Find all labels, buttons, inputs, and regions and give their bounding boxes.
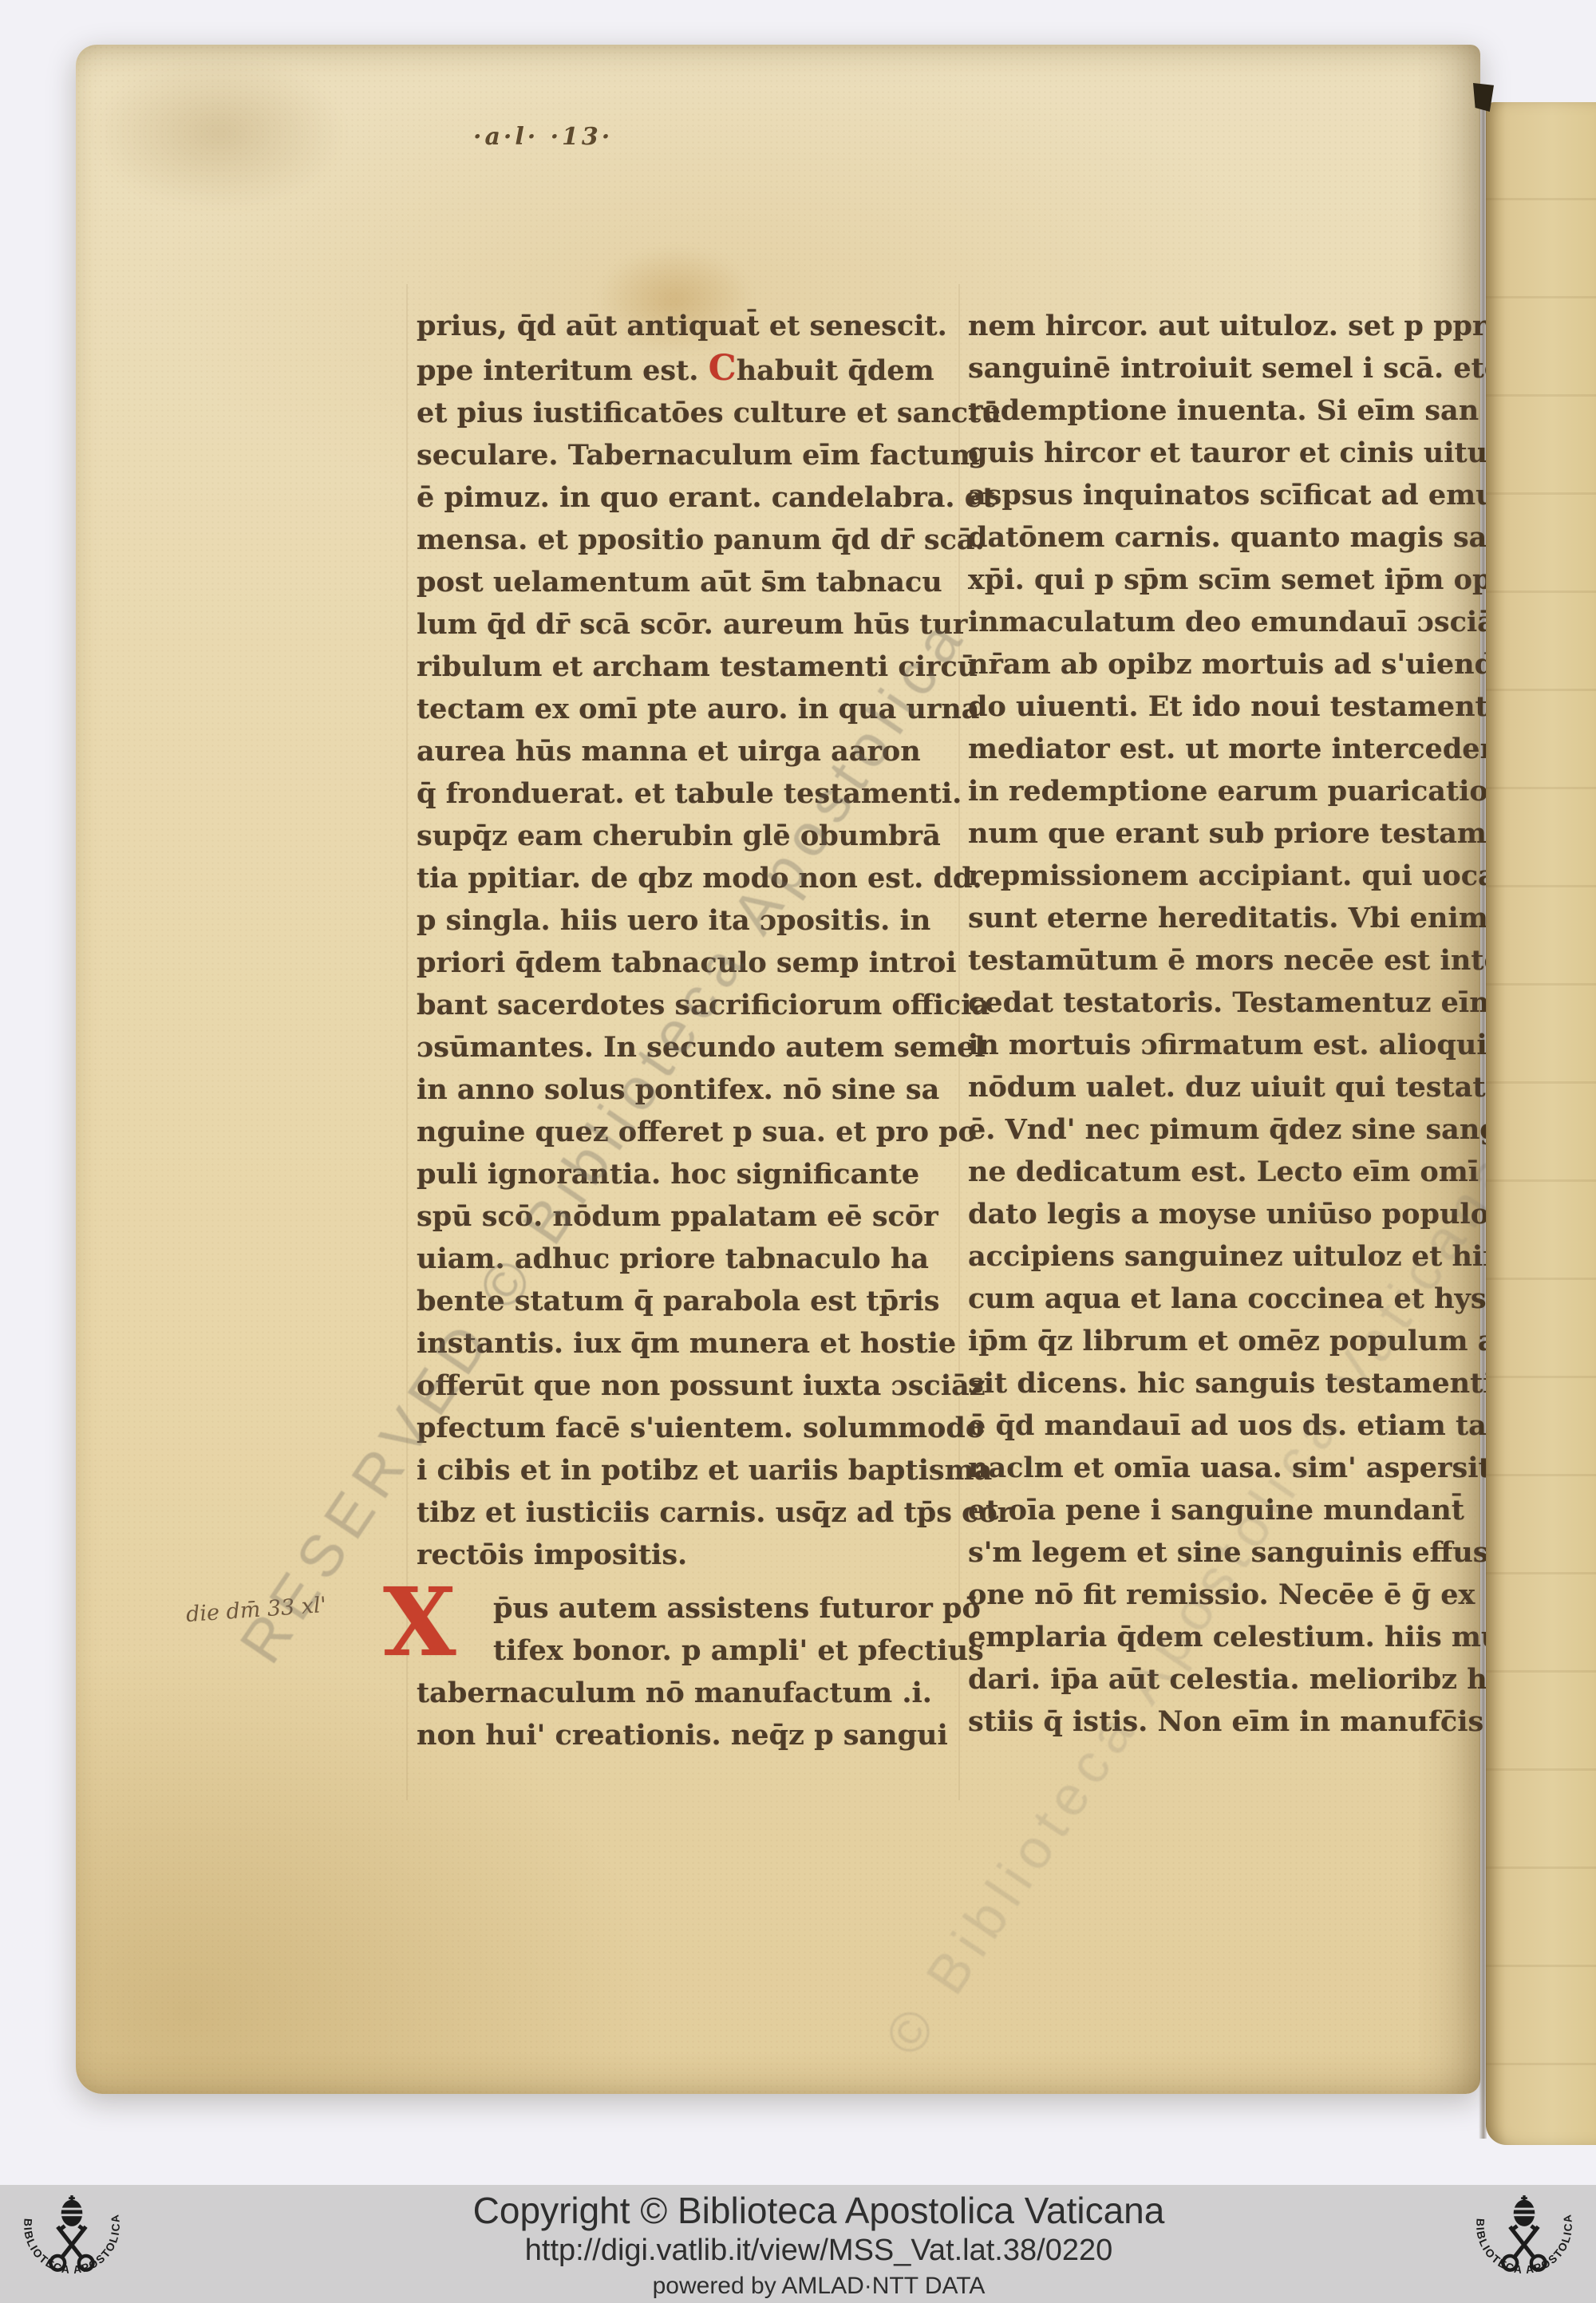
manuscript-text-line: s'm legem et sine sanguinis effusi — [968, 1531, 1519, 1574]
manuscript-page-scan: ·a·l· ·13· die dm̄ 33 xl' prius, q̄d aūt… — [76, 45, 1480, 2094]
manuscript-text-line: uiam. adhuc priore tabnaculo ha — [417, 1238, 967, 1280]
manuscript-text-line: seculare. Tabernaculum eīm factum — [417, 434, 967, 476]
text-column-left: prius, q̄d aūt antiquat̄ et senescit. pp… — [417, 305, 967, 1756]
manuscript-text-line: in mortuis ɔfirmatum est. alioquin — [968, 1024, 1519, 1066]
manuscript-text-line: tabernaculum nō manufactum .i. — [417, 1672, 967, 1714]
manuscript-text-line: ɔsūmantes. In secundo autem semel — [417, 1026, 967, 1069]
footer-manuscript-url: http://digi.vatlib.it/view/MSS_Vat.lat.3… — [473, 2231, 1165, 2269]
vatican-library-emblem-icon: BIBLIOTECA APOSTOLICA VATICANA — [1467, 2186, 1582, 2301]
manuscript-text-line: nem hircor. aut uituloz. set p ppriuz — [968, 305, 1519, 347]
manuscript-text-line: instantis. iux q̄m munera et hostie — [417, 1322, 967, 1365]
manuscript-text-line: ppe interitum est. Chabuit q̄dem — [417, 347, 967, 392]
manuscript-text-line: in anno solus pontifex. nō sine sa — [417, 1069, 967, 1111]
right-column-lines: nem hircor. aut uituloz. set p ppriuzsan… — [968, 305, 1519, 1743]
manuscript-text-line: tectam ex omī pte auro. in qua urna — [417, 688, 967, 730]
manuscript-text-line: mediator est. ut morte intercedente — [968, 728, 1519, 770]
manuscript-text-line: emplaria q̄dem celestium. hiis mun — [968, 1616, 1519, 1658]
manuscript-text-line: dato legis a moyse uniūso populo. — [968, 1193, 1519, 1235]
manuscript-text-line: cedat testatoris. Testamentuz eīm — [968, 982, 1519, 1024]
manuscript-text-line: testamūtum ē mors necēe est inter — [968, 939, 1519, 982]
emblem-arc-text: BIBLIOTECA APOSTOLICA VATICANA — [14, 2186, 122, 2276]
manuscript-text-line: one nō fit remissio. Necēe ē ḡ ex — [968, 1574, 1519, 1616]
manuscript-text-line: guis hircor et tauror et cinis uitule — [968, 432, 1519, 474]
manuscript-text-line: prius, q̄d aūt antiquat̄ et senescit. — [417, 305, 967, 347]
manuscript-text-line: sit dicens. hic sanguis testamenti — [968, 1362, 1519, 1404]
manuscript-text-line: num que erant sub priore testamūto. — [968, 812, 1519, 855]
manuscript-text-line: non hui' creationis. neq̄z p sangui — [417, 1714, 967, 1756]
manuscript-text-line: inmaculatum deo emundauī ɔsciām — [968, 601, 1519, 643]
footer-text-block: Copyright © Biblioteca Apostolica Vatica… — [473, 2190, 1165, 2303]
paragraph-two-indented-lines: p̄us autem assistens futuror pōtifex bon… — [417, 1587, 967, 1672]
manuscript-text-line: naclm et omīa uasa. sim' aspersit. — [968, 1447, 1519, 1489]
text-column-right: nem hircor. aut uituloz. set p ppriuzsan… — [968, 305, 1519, 1743]
manuscript-text-line: supq̄z eam cherubin glē obumbrā — [417, 815, 967, 857]
manuscript-text-line: sanguinē introiuit semel i scā. eterna — [968, 347, 1519, 389]
manuscript-text-line: in redemptione earum puaricatio — [968, 770, 1519, 812]
page-edge-creases — [1486, 102, 1596, 2145]
margin-note: die dm̄ 33 xl' — [185, 1593, 327, 1627]
manuscript-text-line: sunt eterne hereditatis. Vbi enim — [968, 897, 1519, 939]
manuscript-text-line: i cibis et in potibz et uariis baptisma — [417, 1449, 967, 1491]
manuscript-text-line: bant sacerdotes sacrificiorum officia — [417, 984, 967, 1026]
manuscript-text-line: offerūt que non possunt iuxta ɔsciāz — [417, 1365, 967, 1407]
manuscript-text-line: ē pimuz. in quo erant. candelabra. et — [417, 476, 967, 519]
manuscript-text-line: repmissionem accipiant. qui uocati — [968, 855, 1519, 897]
manuscript-text-line: priori q̄dem tabnaculo semp introi — [417, 942, 967, 984]
line-segment: ppe interitum est. — [417, 354, 709, 387]
manuscript-text-line: tibz et iusticiis carnis. usq̄z ad tp̄s … — [417, 1491, 967, 1534]
rubric-initial-c: C — [709, 348, 737, 389]
manuscript-text-line: tifex bonor. p ampli' et pfectius — [417, 1629, 967, 1672]
manuscript-text-line: ē q̄d mandauī ad uos ds. etiam tab' — [968, 1404, 1519, 1447]
facing-page-edge — [1486, 102, 1596, 2145]
manuscript-text-line: mensa. et ppositio panum q̄d dr̄ scā. — [417, 519, 967, 561]
manuscript-text-line: stiis q̄ istis. Non eīm in manufc̄is — [968, 1701, 1519, 1743]
footer-copyright: Copyright © Biblioteca Apostolica Vatica… — [473, 2190, 1165, 2231]
manuscript-text-line: aspsus inquinatos scīficat ad emun — [968, 474, 1519, 516]
line-segment: habuit q̄dem — [737, 354, 934, 387]
manuscript-text-line: ne dedicatum est. Lecto eīm omī mā — [968, 1151, 1519, 1193]
manuscript-text-line: pfectum facē s'uientem. solummodo — [417, 1407, 967, 1449]
manuscript-text-line: rectōis impositis. — [417, 1534, 967, 1576]
manuscript-text-line: accipiens sanguinez uituloz et hircor — [968, 1235, 1519, 1278]
manuscript-text-line: post uelamentum aūt s̄m tabnacu — [417, 561, 967, 603]
svg-text:BIBLIOTECA APOSTOLICA VATICANA: BIBLIOTECA APOSTOLICA VATICANA — [14, 2186, 122, 2276]
manuscript-text-line: p̄us autem assistens futuror pō — [417, 1587, 967, 1629]
manuscript-text-line: ē. Vnd' nec pimum q̄dez sine sangui — [968, 1108, 1519, 1151]
manuscript-text-line: datōnem carnis. quanto magis sanguis — [968, 516, 1519, 559]
rubric-dropcap-x: X — [383, 1582, 456, 1662]
footer-powered-by: powered by AMLAD·NTT DATA — [473, 2269, 1165, 2303]
manuscript-text-line: dari. ip̄a aūt celestia. melioribz ho — [968, 1658, 1519, 1701]
paragraph-two: X p̄us autem assistens futuror pōtifex b… — [417, 1587, 967, 1756]
manuscript-text-line: spū scō. nōdum ppalatam eē scōr — [417, 1195, 967, 1238]
manuscript-text-line: puli ignorantia. hoc significante — [417, 1153, 967, 1195]
manuscript-text-line: nōdum ualet. duz uiuit qui testat' — [968, 1066, 1519, 1108]
manuscript-text-line: nr̄am ab opibz mortuis ad s'uiendum — [968, 643, 1519, 685]
digitized-manuscript-viewer: ·a·l· ·13· die dm̄ 33 xl' prius, q̄d aūt… — [0, 0, 1596, 2303]
manuscript-text-line: xp̄i. qui p sp̄m scīm semet ip̄m optulit — [968, 559, 1519, 601]
copyright-footer-bar: BIBLIOTECA APOSTOLICA VATICANA Copyright… — [0, 2185, 1596, 2303]
manuscript-text-line: lum q̄d dr̄ scā scōr. aureum hūs tur — [417, 603, 967, 646]
vatican-library-emblem-icon: BIBLIOTECA APOSTOLICA VATICANA — [14, 2186, 129, 2301]
manuscript-text-line: p singla. hiis uero ita ɔpositis. in — [417, 899, 967, 942]
manuscript-text-line: aurea hūs manna et uirga aaron — [417, 730, 967, 772]
paragraph-two-full-lines: tabernaculum nō manufactum .i.non hui' c… — [417, 1672, 967, 1756]
emblem-arc-text: BIBLIOTECA APOSTOLICA VATICANA — [1467, 2186, 1574, 2276]
svg-text:BIBLIOTECA APOSTOLICA VATICANA: BIBLIOTECA APOSTOLICA VATICANA — [1467, 2186, 1574, 2276]
folio-mark: ·a·l· ·13· — [473, 123, 613, 151]
manuscript-text-line: et pius iustificatōes culture et sanctū — [417, 392, 967, 434]
parchment-shading — [52, 29, 387, 236]
manuscript-text-line: q̄ fronduerat. et tabule testamenti. — [417, 772, 967, 815]
manuscript-text-line: nguine quez offeret p sua. et pro po — [417, 1111, 967, 1153]
manuscript-text-line: tia ppitiar. de qbz modo non est. dd. — [417, 857, 967, 899]
manuscript-text-line: ip̄m q̄z librum et omēz populum asp — [968, 1320, 1519, 1362]
manuscript-text-line: cum aqua et lana coccinea et hysopo. — [968, 1278, 1519, 1320]
paragraph-one-lines: et pius iustificatōes culture et sanctūs… — [417, 392, 967, 1576]
manuscript-text-line: bente statum q̄ parabola est tp̄ris — [417, 1280, 967, 1322]
manuscript-text-line: ribulum et archam testamenti circū — [417, 646, 967, 688]
manuscript-text-line: et oīa pene i sanguine mundant̄ — [968, 1489, 1519, 1531]
manuscript-text-line: redemptione inuenta. Si eīm san — [968, 389, 1519, 432]
manuscript-text-line: do uiuenti. Et ido noui testamenti — [968, 685, 1519, 728]
book-gutter — [1479, 96, 1487, 2139]
